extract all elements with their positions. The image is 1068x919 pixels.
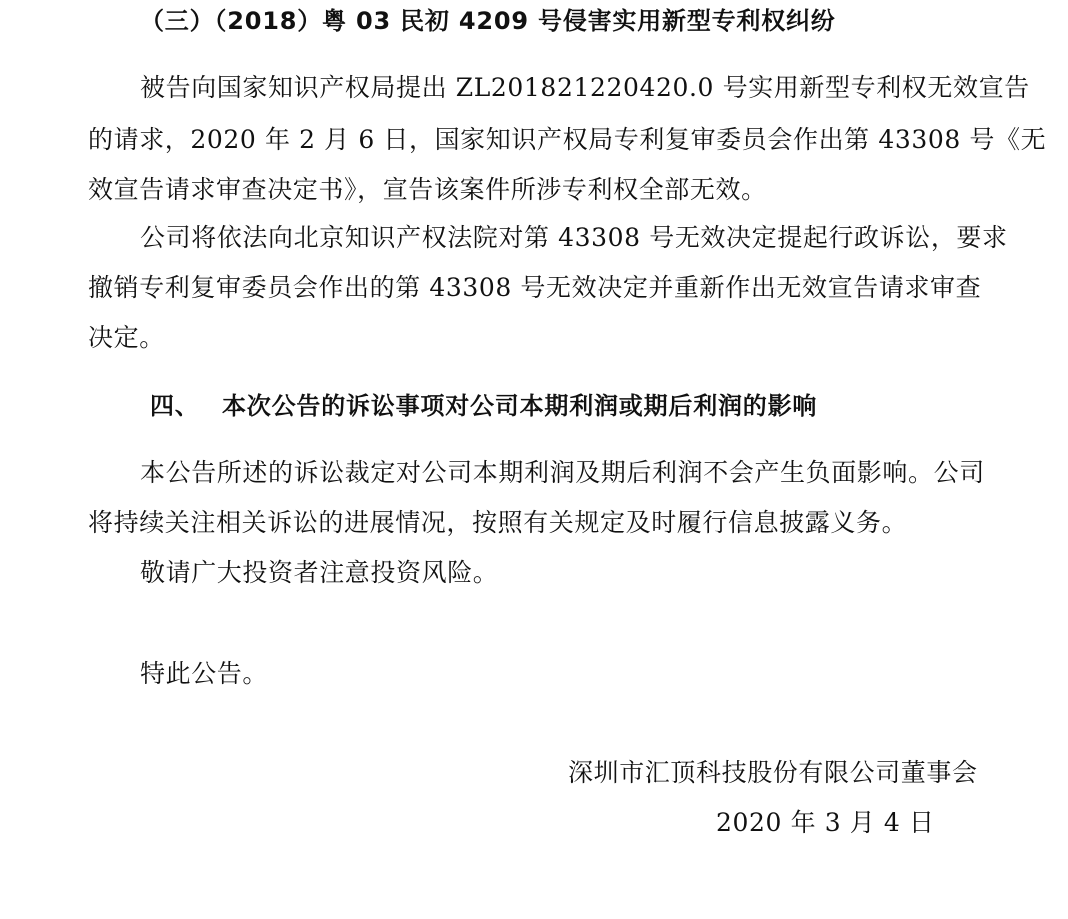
paragraph-line: 撤销专利复审委员会作出的第 43308 号无效决定并重新作出无效宣告请求审查 xyxy=(88,273,978,303)
paragraph-line: 的请求，2020 年 2 月 6 日，国家知识产权局专利复审委员会作出第 433… xyxy=(88,125,978,155)
signature-company: 深圳市汇顶科技股份有限公司董事会 xyxy=(568,758,978,788)
paragraph-line: 本公告所述的诉讼裁定对公司本期利润及期后利润不会产生负面影响。公司 xyxy=(140,458,978,488)
paragraph-line: 决定。 xyxy=(88,323,165,353)
paragraph-line: 被告向国家知识产权局提出 ZL201821220420.0 号实用新型专利权无效… xyxy=(140,73,978,103)
section-title: 本次公告的诉讼事项对公司本期利润或期后利润的影响 xyxy=(222,391,817,421)
closing-text: 特此公告。 xyxy=(140,659,268,689)
paragraph-line: 将持续关注相关诉讼的进展情况，按照有关规定及时履行信息披露义务。 xyxy=(88,508,907,538)
paragraph-line: 公司将依法向北京知识产权法院对第 43308 号无效决定提起行政诉讼，要求 xyxy=(140,223,978,253)
case-heading: （三）（2018）粤 03 民初 4209 号侵害实用新型专利权纠纷 xyxy=(140,6,836,36)
section-number: 四、 xyxy=(150,391,200,421)
paragraph-line: 效宣告请求审查决定书》，宣告该案件所涉专利权全部无效。 xyxy=(88,175,767,205)
risk-notice: 敬请广大投资者注意投资风险。 xyxy=(140,558,498,588)
signature-date: 2020 年 3 月 4 日 xyxy=(716,808,935,838)
